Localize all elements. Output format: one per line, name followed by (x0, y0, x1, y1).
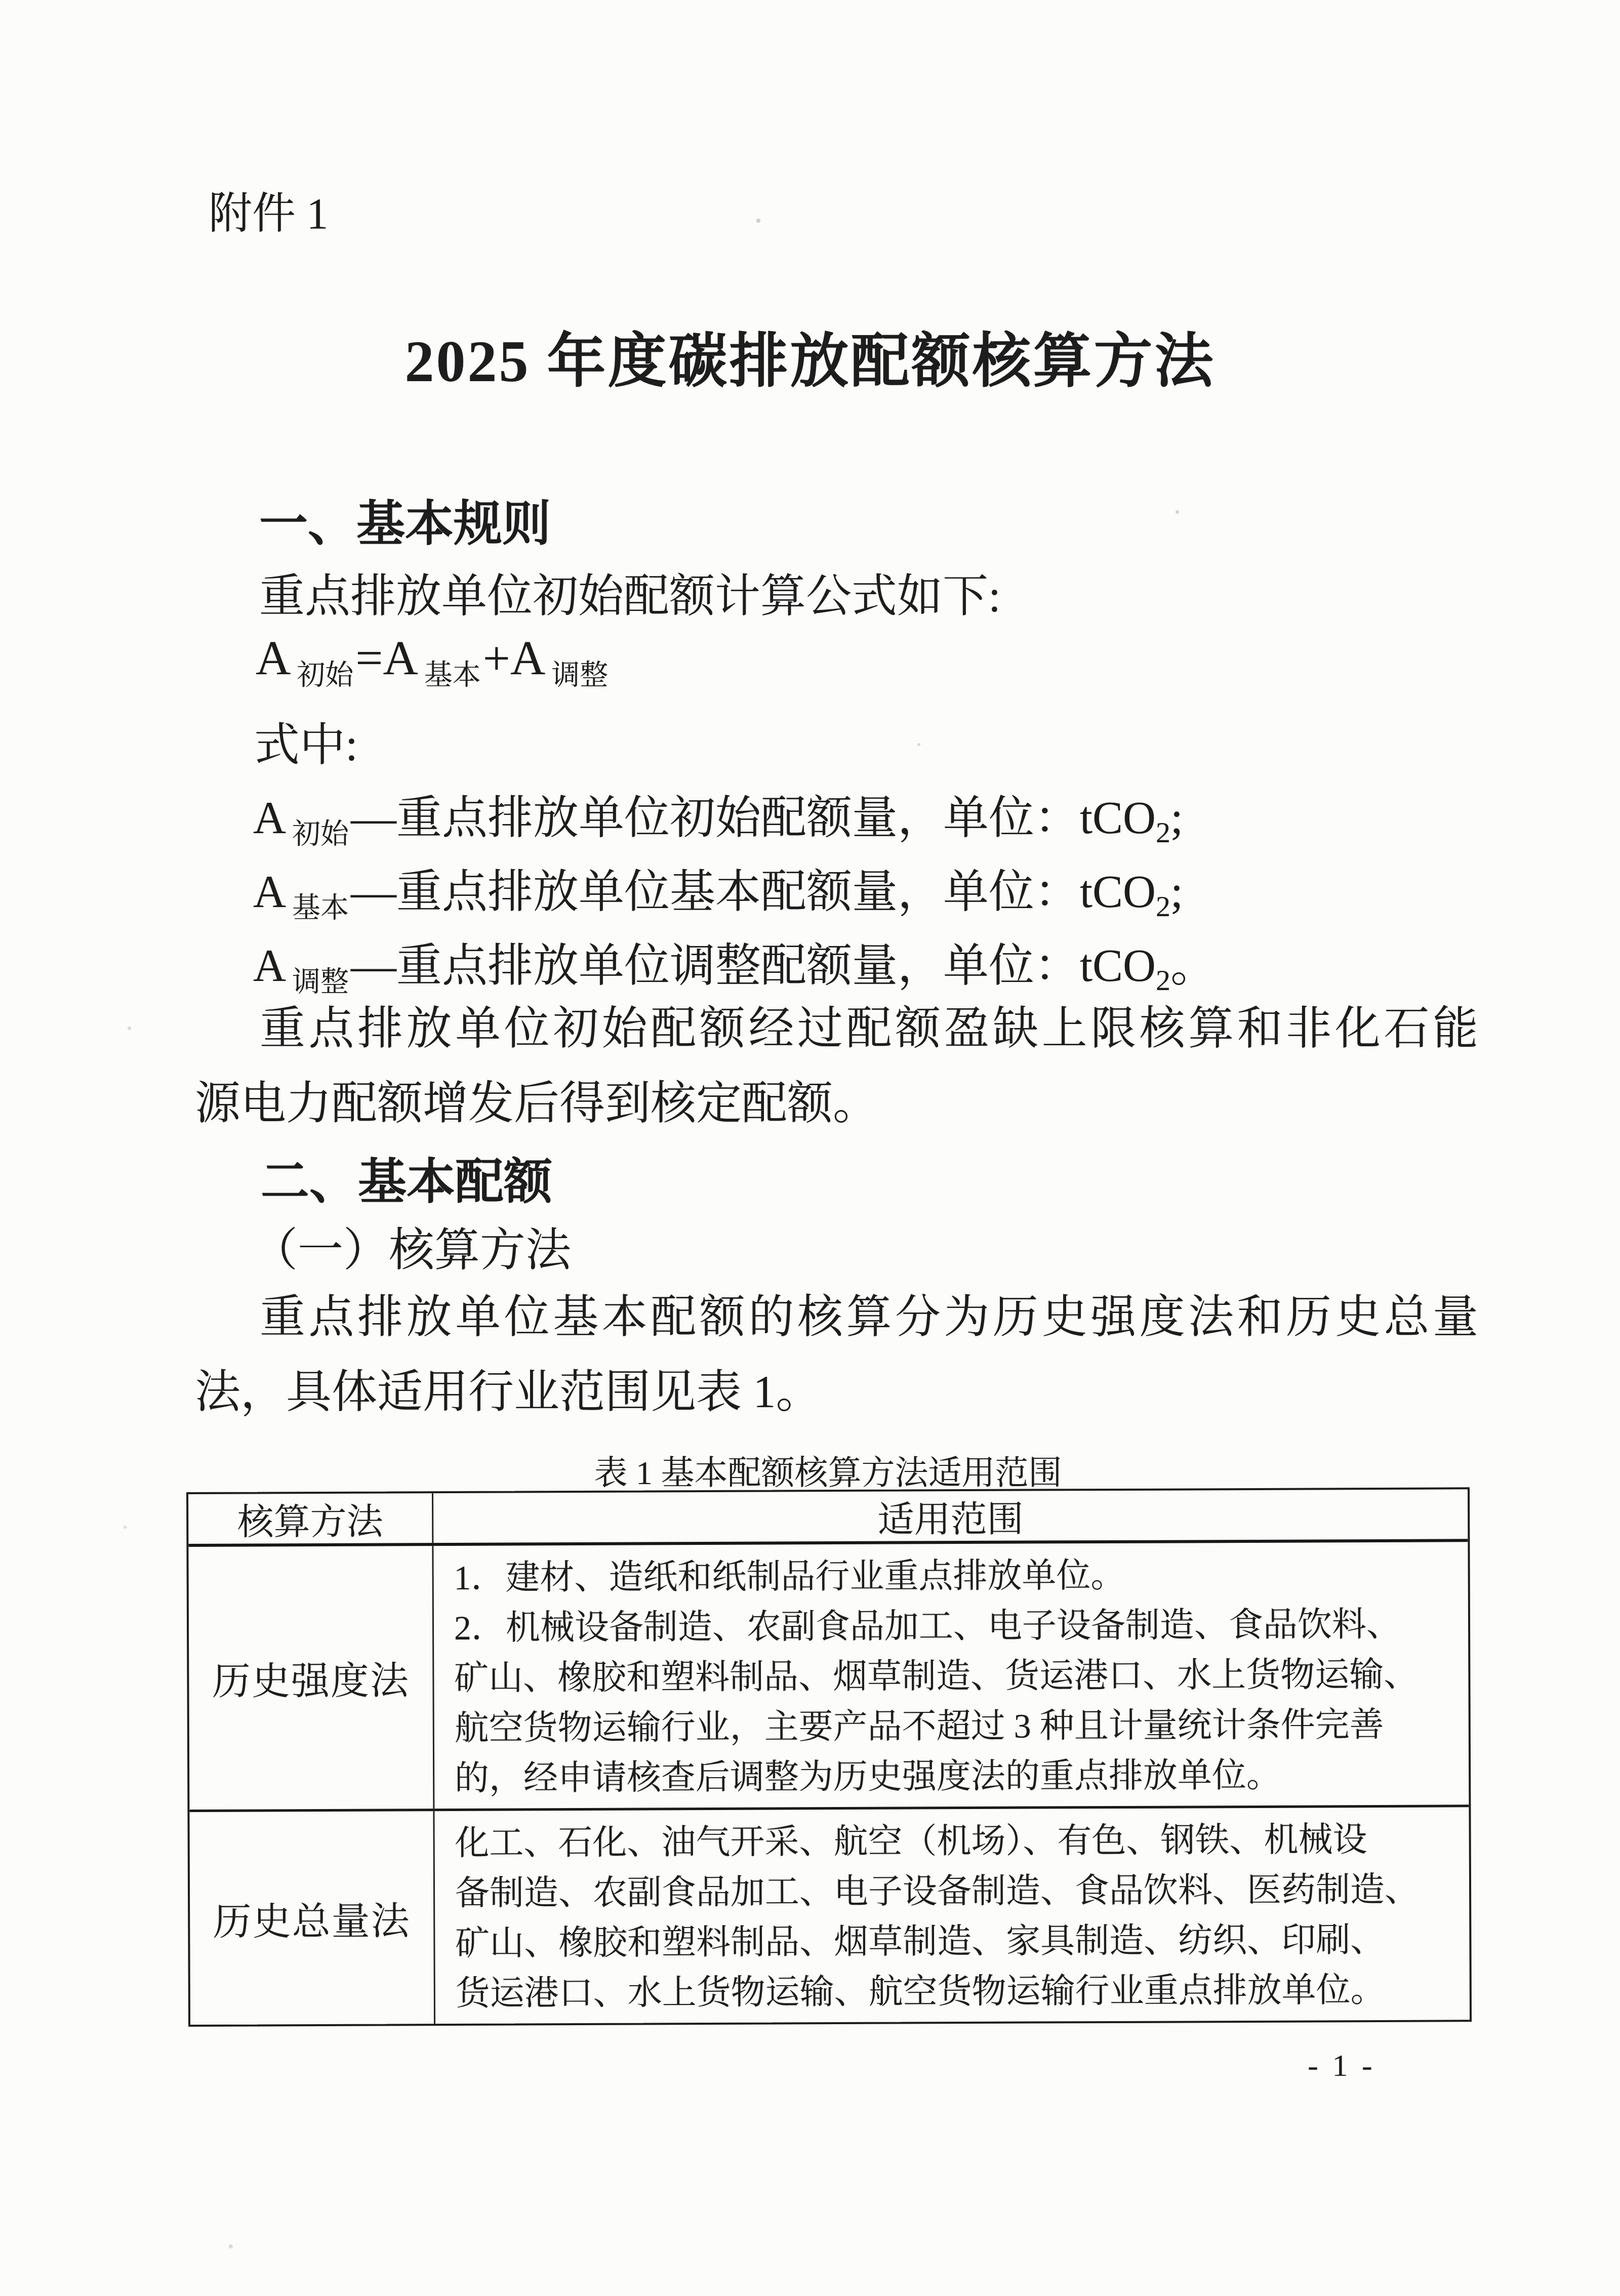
def-tail: 。 (1170, 941, 1216, 991)
scan-speck (128, 1027, 131, 1030)
allocation-method-table: 核算方法 适用范围 历史强度法 1．建材、造纸和纸制品行业重点排放单位。 2．机… (186, 1487, 1472, 2027)
paragraph-formula-intro: 重点排放单位初始配额计算公式如下: (259, 559, 1001, 625)
table-row: 历史强度法 1．建材、造纸和纸制品行业重点排放单位。 2．机械设备制造、农副食品… (188, 1542, 1469, 1812)
table-header-row: 核算方法 适用范围 (188, 1489, 1468, 1547)
scan-speck (917, 743, 920, 746)
scan-speck (756, 219, 760, 223)
def-tail: ; (1170, 793, 1183, 843)
def-text: —重点排放单位调整配额量，单位：tCO (351, 941, 1156, 991)
document-page: 附件 1 2025 年度碳排放配额核算方法 一、基本规则 重点排放单位初始配额计… (0, 0, 1620, 2296)
paragraph-3-line-2: 法，具体适用行业范围见表 1。 (195, 1355, 822, 1420)
scope-historical-total: 化工、石化、油气开采、航空（机场）、有色、钢铁、机械设 备制造、农副食品加工、电… (434, 1807, 1470, 2024)
allocation-formula: A初始=A基本+A调整 (256, 630, 610, 693)
method-historical-intensity: 历史强度法 (188, 1546, 434, 1810)
where-label: 式中: (254, 708, 358, 773)
formula-sub-adjust: 调整 (551, 660, 608, 691)
def-subscript: 基本 (292, 892, 349, 924)
unit-subscript: 2 (1156, 816, 1170, 849)
scope-historical-intensity: 1．建材、造纸和纸制品行业重点排放单位。 2．机械设备制造、农副食品加工、电子设… (433, 1542, 1469, 1809)
scan-speck (124, 1526, 127, 1529)
def-text: —重点排放单位初始配额量，单位：tCO (351, 793, 1156, 843)
document-title: 2025 年度碳排放配额核算方法 (0, 314, 1620, 398)
definition-a-basic: A基本—重点排放单位基本配额量，单位：tCO2; (253, 854, 1183, 926)
def-text: —重点排放单位基本配额量，单位：tCO (351, 867, 1156, 917)
formula-plus: + (483, 631, 510, 685)
unit-subscript: 2 (1156, 890, 1170, 923)
paragraph-2-line-1: 重点排放单位初始配额经过配额盈缺上限核算和非化石能 (195, 991, 1478, 1057)
formula-sub-initial: 初始 (297, 660, 353, 691)
subsection-heading: （一）核算方法 (252, 1213, 571, 1279)
formula-equals: = (355, 631, 383, 685)
scan-speck (1176, 510, 1179, 514)
attachment-label: 附件 1 (209, 178, 329, 241)
header-method: 核算方法 (188, 1493, 433, 1544)
table-caption: 表 1 基本配额核算方法适用范围 (186, 1446, 1470, 1494)
section-heading-1: 一、基本规则 (259, 485, 551, 554)
paragraph-3-line-1: 重点排放单位基本配额的核算分为历史强度法和历史总量 (195, 1280, 1478, 1345)
section-heading-2: 二、基本配额 (261, 1143, 552, 1212)
page-number: - 1 - (1266, 2048, 1417, 2084)
formula-a-initial: A (256, 631, 291, 685)
def-symbol: A (253, 867, 286, 917)
formula-a-adjust: A (510, 631, 545, 685)
paragraph-2-line-2: 源电力配额增发后得到核定配额。 (195, 1066, 878, 1132)
definition-a-initial: A初始—重点排放单位初始配额量，单位：tCO2; (253, 781, 1183, 852)
formula-sub-basic: 基本 (424, 660, 481, 691)
formula-a-basic: A (383, 631, 418, 685)
scan-speck (229, 2244, 233, 2248)
table-row: 历史总量法 化工、石化、油气开采、航空（机场）、有色、钢铁、机械设 备制造、农副… (189, 1807, 1470, 2025)
header-scope: 适用范围 (433, 1489, 1468, 1543)
definition-a-adjust: A调整—重点排放单位调整配额量，单位：tCO2。 (253, 928, 1216, 1000)
def-symbol: A (253, 941, 286, 991)
method-historical-total: 历史总量法 (189, 1811, 435, 2025)
def-tail: ; (1170, 867, 1183, 917)
def-symbol: A (253, 793, 286, 843)
def-subscript: 初始 (292, 818, 349, 850)
